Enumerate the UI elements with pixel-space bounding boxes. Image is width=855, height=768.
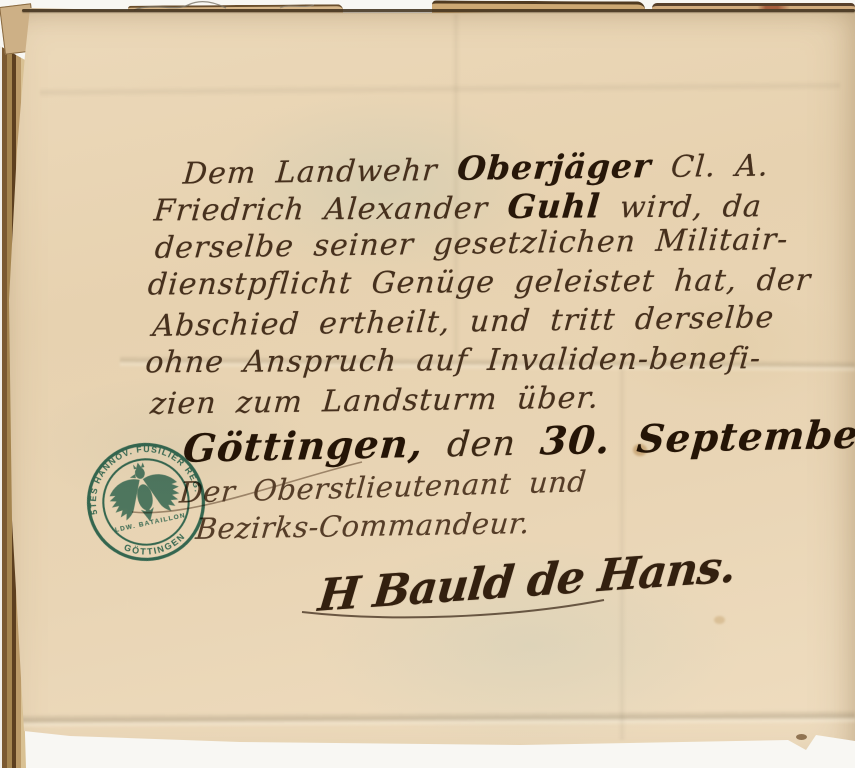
regiment-stamp: 5TES HANNOV. FÜSILIER REG. GÖTTINGEN LDW… bbox=[70, 426, 222, 578]
paper-stain bbox=[714, 616, 725, 624]
handwriting-segment: Göttingen, bbox=[181, 422, 425, 472]
letter-sheet: Dem Landwehr Oberjäger Cl. A.Friedrich A… bbox=[0, 0, 855, 768]
paper-speck bbox=[796, 734, 807, 740]
sheet-top-edge-shadow bbox=[22, 9, 855, 12]
fold-crease bbox=[0, 710, 855, 728]
handwriting-segment: Friedrich Alexander bbox=[153, 191, 509, 228]
handwriting-segment: Cl. A. bbox=[650, 149, 770, 186]
handwriting-segment: Dem Landwehr bbox=[182, 153, 459, 192]
handwriting-segment: wird, da bbox=[599, 189, 763, 225]
handwriting-segment: derselbe seiner gesetzlichen Militair- bbox=[154, 222, 790, 266]
handwriting-segment: dienstpflicht Genüge geleistet hat, der bbox=[147, 263, 813, 303]
handwriting-segment: den bbox=[421, 423, 542, 465]
handwriting-segment: Oberjäger bbox=[456, 146, 653, 188]
fold-crease bbox=[40, 81, 840, 98]
handwriting-segment: ohne Anspruch auf Invaliden-benefi- bbox=[144, 341, 762, 380]
handwriting-segment: zien zum Landsturm über. bbox=[149, 381, 600, 422]
closing-line-office: Bezirks-Commandeur. bbox=[194, 506, 531, 546]
scanned-document-photo: Dem Landwehr Oberjäger Cl. A.Friedrich A… bbox=[0, 0, 855, 768]
handwriting-segment: Guhl bbox=[506, 186, 602, 226]
letter-body: Dem Landwehr Oberjäger Cl. A.Friedrich A… bbox=[137, 146, 855, 423]
handwriting-segment: Abschied ertheilt, und tritt derselbe bbox=[151, 300, 775, 344]
